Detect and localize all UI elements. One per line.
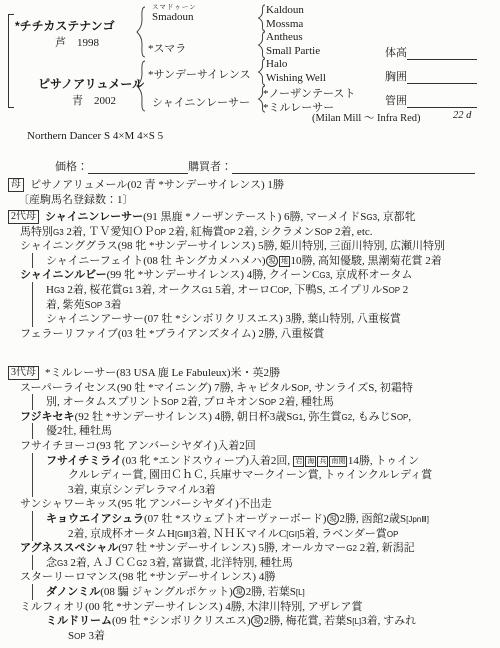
measurement-row-height: 体高 xyxy=(385,44,477,60)
catalog-line: フジキセキ(92 牡 *サンデーサイレンス) 4勝, 朝日杯3歳SG1, 弥生賞… xyxy=(0,410,500,425)
catalog-line: 2代母シャイニンレーサー(91 黒鹿 *ノーザンテースト) 6勝, マーメイドS… xyxy=(0,210,500,225)
gen3-name: Wishing Well xyxy=(266,72,326,84)
catalog-line: シャイニーフェイト(08 牡 キングカメハメハ)現地10勝, 高知優駿, 黒潮菊… xyxy=(0,254,500,269)
registered-foals-note: 〔産駒馬名登録数：1〕 xyxy=(18,191,134,207)
girth-blank-field xyxy=(407,71,477,84)
dam-coat-year: 青 2002 xyxy=(72,92,116,108)
catalog-line: 2着, 京成杯オータムH[GⅢ]3着, ＮＨＫマイルC[GⅠ]5着, ラベンダー… xyxy=(0,527,500,542)
catalog-line: ミルフィオリ(00 牝 *サンデーサイレンス) 4勝, 木津川特別, アザレア賞 xyxy=(0,600,500,615)
gen2-dam-dam: シャイニンレーサー xyxy=(152,94,250,110)
catalog-page: *チチカステナンゴ 芦 1998 ピサノアリュメール 青 2002 スマドゥーン… xyxy=(0,0,500,648)
brace-gen3-1 xyxy=(257,4,266,32)
catalog-line: ミルドリーム(09 牡 *シンボリクリスエス)現2勝, 梅花賞, 若葉S[L]3… xyxy=(0,614,500,629)
brace-gen3-3 xyxy=(257,58,266,86)
girth-label: 胸囲 xyxy=(385,71,407,83)
buyer-blank-field xyxy=(232,161,475,174)
measurement-row-cannon: 管囲 xyxy=(385,92,477,108)
height-blank-field xyxy=(407,47,477,60)
dam-name: ピサノアリュメール xyxy=(38,75,144,92)
gen3-name: Kaldoun xyxy=(266,4,304,16)
catalog-line: 馬特別G3 2着, ＴＶ愛知ＯＰOP 2着, 紅梅賞OP 2着, シクラメンSO… xyxy=(0,225,500,240)
catalog-line: シャイニンアーサー(07 牡 *シンボリクリスエス) 3勝, 葉山特別, 八重桜… xyxy=(0,312,500,327)
catalog-line: シャイニンググラス(98 牝 *サンデーサイレンス) 5勝, 姫川特別, 三面川… xyxy=(0,239,500,254)
brace-dam-gen2 xyxy=(136,60,146,112)
catalog-line: SOP 3着 xyxy=(0,629,500,644)
cannon-blank-field xyxy=(407,95,477,108)
catalog-line: 3着, 東京シンデレラマイル3着 xyxy=(0,483,500,498)
gen3-name: Mossma xyxy=(266,18,303,30)
catalog-line: キョウエイアシュラ(07 牡 *スウェプトオーヴァーボード)現2勝, 函館2歳S… xyxy=(0,512,500,527)
measurement-row-girth: 胸囲 xyxy=(385,68,477,84)
generation-label: 2代母 xyxy=(8,210,39,224)
sale-row: 価格：購買者： xyxy=(55,158,475,174)
height-label: 体高 xyxy=(385,47,407,59)
sire-name: *チチカステナンゴ xyxy=(15,17,115,34)
gen3-name: Antheus xyxy=(266,31,303,43)
catalog-line: HG3 2着, 桜花賞G1 3着, オークスG1 5着, オーロCOP, 下鴨S… xyxy=(0,283,500,298)
gen3-name: Halo xyxy=(266,58,287,70)
catalog-line: 別, オータムスプリントSOP 2着, プロキオンSOP 2着, 種牡馬 xyxy=(0,395,500,410)
pedigree-outer-bracket xyxy=(8,14,14,108)
catalog-line: 3代母*ミルレーサー(83 USA 鹿 Le Fabuleux)米・英2勝 xyxy=(0,366,500,381)
catalog-line: フェラーリファイブ(03 牡 *ブライアンズタイム) 2勝, 八重桜賞 xyxy=(0,327,500,342)
cannon-label: 管囲 xyxy=(385,95,407,107)
brace-sire-gen2 xyxy=(136,6,146,58)
catalog-line: ダノンミル(08 騸 ジャングルポケット)現2勝, 若葉S[L] xyxy=(0,585,500,600)
gen2-sire-dam: *スマラ xyxy=(148,40,186,56)
catalog-line: スターリーロマンス(98 牝 *サンデーサイレンス) 4勝 xyxy=(0,570,500,585)
price-blank-field xyxy=(88,161,188,174)
pedigree-table: *チチカステナンゴ 芦 1998 ピサノアリュメール 青 2002 スマドゥーン… xyxy=(0,0,500,128)
dam-label-box: 母 xyxy=(8,178,24,192)
buyer-label: 購買者： xyxy=(188,161,232,173)
inbreeding-note: Northern Dancer S 4×M 4×S 5 xyxy=(27,130,163,142)
gen3-name: Small Partie xyxy=(266,45,320,57)
third-dam-section: 3代母*ミルレーサー(83 USA 鹿 Le Fabuleux)米・英2勝スーパ… xyxy=(0,366,500,643)
generation-label: 3代母 xyxy=(8,366,39,380)
catalog-line: クルレディー賞, 園田ＣｈＣ, 兵庫サマークイーン賞, トゥインクルレディ賞 xyxy=(0,468,500,483)
catalog-line: フサイチヨーコ(93 牝 アンバーシヤダイ)入着2回 xyxy=(0,439,500,454)
brace-gen3-2 xyxy=(257,31,266,59)
sire-coat-year: 芦 1998 xyxy=(55,34,99,50)
broodmare-line-note: (Milan Mill ～ Infra Red) xyxy=(312,110,420,125)
dam-row: 母ピサノアリュメール(02 青 *サンデーサイレンス) 1勝 xyxy=(8,176,284,192)
age-days: 22 d xyxy=(453,110,471,121)
catalog-line: 着, 紫苑SOP 3着 xyxy=(0,298,500,313)
price-label: 価格： xyxy=(55,161,88,173)
catalog-line: フサイチミライ(03 牝 *エンドスウィープ)入着2回, 岩海兵南関14勝, ト… xyxy=(0,454,500,469)
catalog-line: スーパーライセンス(90 牡 *マイニング) 7勝, キャピタルSOP, サンラ… xyxy=(0,381,500,396)
catalog-line: 優2牡, 種牡馬 xyxy=(0,424,500,439)
catalog-line: アグネススペシャル(97 牡 *サンデーサイレンス) 5勝, オールカマーG2 … xyxy=(0,541,500,556)
gen2-dam-sire: *サンデーサイレンス xyxy=(148,66,251,82)
catalog-line: 念G3 2着, ＡＪＣＣG2 3着, 富嶽賞, 北洋特別, 種牡馬 xyxy=(0,556,500,571)
gen2-furigana: スマドゥーン xyxy=(152,2,197,11)
catalog-line: シャイニンルビー(99 牝 *サンデーサイレンス) 4勝, クイーンCG3, 京… xyxy=(0,268,500,283)
catalog-line: サンシャワーキッス(95 牝 アンバーシヤダイ)不出走 xyxy=(0,497,500,512)
dam-row-text: ピサノアリュメール(02 青 *サンデーサイレンス) 1勝 xyxy=(30,179,284,191)
gen2-sire-sire: Smadoun xyxy=(152,11,194,23)
second-dam-section: 2代母シャイニンレーサー(91 黒鹿 *ノーザンテースト) 6勝, マーメイドS… xyxy=(0,210,500,341)
